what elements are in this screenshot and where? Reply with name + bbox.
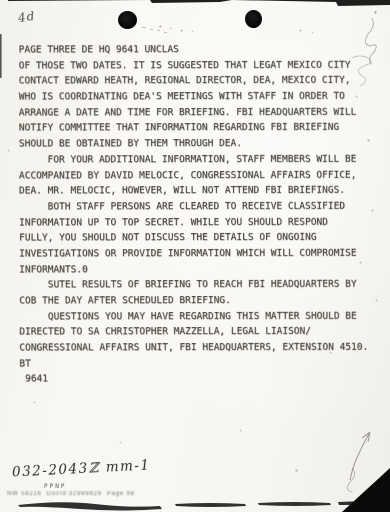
document-line: 9641 bbox=[19, 371, 368, 387]
handwritten-corner-mark: 4d bbox=[17, 9, 36, 25]
document-line: INVESTIGATIONS OR PROVIDE INFORMATION WH… bbox=[19, 246, 368, 262]
document-line: CONTACT EDWARD HEATH, REGIONAL DIRECTOR,… bbox=[19, 73, 368, 89]
document-line: BT bbox=[19, 355, 368, 371]
handwritten-datetime-note: 032-2043ℤ mm-1 bbox=[12, 457, 151, 480]
document-line: DEA. MR. MELOCIC, HOWEVER, WILL NOT ATTE… bbox=[19, 183, 368, 199]
document-line: ARRANGE A DATE AND TIME FOR BRIEFING. FB… bbox=[19, 104, 368, 120]
document-line: INFORMANTS.0 bbox=[19, 261, 368, 277]
scan-edge-left bbox=[0, 34, 2, 78]
typed-text-block: PAGE THREE DE HQ 9641 UNCLASOF THOSE TWO… bbox=[19, 42, 369, 388]
document-line: CONGRESSIONAL AFFAIRS UNIT, FBI HEADQUAR… bbox=[19, 340, 368, 356]
document-line: INFORMATION UP TO TOP SECRET. WHILE YOU … bbox=[19, 214, 368, 230]
scan-edge-bottom bbox=[18, 500, 390, 511]
document-line: SHOULD BE OBTAINED BY THEM THROUGH DEA. bbox=[19, 136, 368, 152]
hole-punch-left bbox=[118, 11, 137, 29]
document-line: WHO IS COORDINATING DEA'S MEETINGS WITH … bbox=[19, 89, 368, 105]
archive-footer: NW 58216 DocId:32989829 Page 98 bbox=[7, 491, 135, 497]
document-line: ACCOMPANIED BY DAVID MELOCIC, CONGRESSIO… bbox=[19, 167, 368, 183]
hole-punch-right bbox=[245, 10, 262, 28]
document-line: COB THE DAY AFTER SCHEDULED BRIEFING. bbox=[19, 293, 368, 309]
document-line: BOTH STAFF PERSONS ARE CLEARED TO RECEIV… bbox=[19, 199, 368, 215]
document-line: QUESTIONS YOU MAY HAVE REGARDING THIS MA… bbox=[19, 308, 368, 324]
small-typed-stamp: PPNP bbox=[44, 483, 66, 490]
scan-edge-top bbox=[8, 0, 390, 6]
document-line: DIRECTED TO SA CHRISTOPHER MAZZELLA, LEG… bbox=[19, 324, 368, 340]
scanned-document-page: 4d PAGE THREE DE HQ 9641 UNCLASOF THOSE … bbox=[0, 0, 390, 512]
paper-noise-speckles bbox=[0, 0, 1, 1]
document-line: FOR YOUR ADDITIONAL INFORMATION, STAFF M… bbox=[19, 151, 368, 167]
document-line: OF THOSE TWO DATES. IT IS SUGGESTED THAT… bbox=[19, 57, 368, 73]
document-line: PAGE THREE DE HQ 9641 UNCLAS bbox=[19, 42, 368, 58]
pencil-scribble-bottom-right bbox=[350, 432, 370, 480]
document-line: NOTIFY COMMITTEE THAT INFORMATION REGARD… bbox=[19, 120, 368, 136]
document-line: SUTEL RESULTS OF BRIEFING TO REACH FBI H… bbox=[19, 277, 368, 293]
pencil-marks-near-punch bbox=[142, 27, 167, 33]
document-line: FULLY, YOU SHOULD NOT DISCUSS THE DETAIL… bbox=[19, 230, 368, 246]
pencil-scribble-bottom-right-2 bbox=[347, 468, 354, 492]
scan-corner-fold bbox=[342, 468, 390, 512]
